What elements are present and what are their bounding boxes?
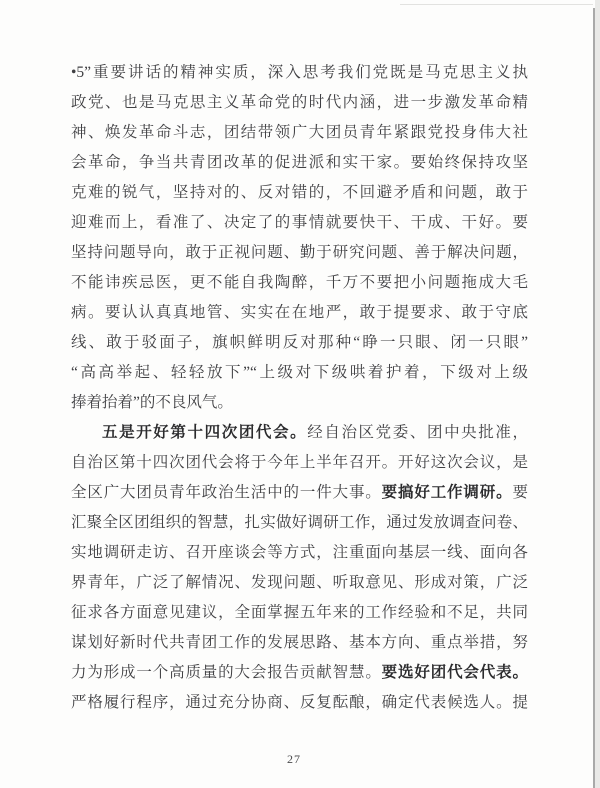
text-segment: 会革命，争当共青团改革的促进派和实干家。要始终保持攻坚 [71,154,528,171]
text-segment: 神、焕发革命斗志，团结带领广大团员青年紧跟党投身伟大社 [71,124,528,141]
text-segment: 捧着抬着”的不良风气。 [71,394,233,411]
scan-edge-strip [595,0,600,788]
text-line: 征求各方面意见建议，全面掌握五年来的工作经验和不足，共同 [71,598,528,628]
text-segment: 谋划好新时代共青团工作的发展思路、基本方向、重点举措，努 [71,634,528,651]
text-segment: 严格履行程序，通过充分协商、反复酝酿，确定代表候选人。提 [71,694,528,711]
text-line: 捧着抬着”的不良风气。 [71,388,528,418]
text-block: •5”重要讲话的精神实质，深入思考我们党既是马克思主义执政党、也是马克思主义革命… [71,58,528,718]
text-line: 实地调研走访、召开座谈会等方式，注重面向基层一线、面向各 [71,538,528,568]
text-line: •5”重要讲话的精神实质，深入思考我们党既是马克思主义执 [71,58,528,88]
text-line: 病。要认认真真地管、实实在在地严，敢于提要求、敢于守底 [71,298,528,328]
text-segment: 不能讳疾忌医，更不能自我陶醉，千万不要把小问题拖成大毛 [71,274,528,291]
text-line: 汇聚全区团组织的智慧，扎实做好调研工作，通过发放调查问卷、 [71,508,528,538]
text-line: 坚持问题导向，敢于正视问题、勤于研究问题、善于解决问题， [71,238,528,268]
text-line: 神、焕发革命斗志，团结带领广大团员青年紧跟党投身伟大社 [71,118,528,148]
text-segment: 全区广大团员青年政治生活中的一件大事。 [71,484,382,501]
page-number: 27 [0,752,588,767]
bold-text-segment: 五是开好第十四次团代会。 [102,424,307,441]
text-segment: 自治区第十四次团代会将于今年上半年召开。开好这次会议，是 [71,454,528,471]
scan-edge-line [593,8,595,788]
text-line: 自治区第十四次团代会将于今年上半年召开。开好这次会议，是 [71,448,528,478]
text-line: 线、敢于驳面子，旗帜鲜明反对那种“睁一只眼、闭一只眼” [71,328,528,358]
text-segment: 实地调研走访、召开座谈会等方式，注重面向基层一线、面向各 [71,544,528,561]
text-segment: 线、敢于驳面子，旗帜鲜明反对那种“睁一只眼、闭一只眼” [71,334,528,351]
text-segment: 力为形成一个高质量的大会报告贡献智慧。 [71,664,382,681]
bold-text-segment: 要选好团代会代表。 [382,664,528,681]
text-line: 迎难而上，看准了、决定了的事情就要快干、干成、干好。要 [71,208,528,238]
text-line: 不能讳疾忌医，更不能自我陶醉，千万不要把小问题拖成大毛 [71,268,528,298]
text-line: 力为形成一个高质量的大会报告贡献智慧。要选好团代会代表。 [71,658,528,688]
text-segment: 要 [512,484,528,501]
text-line: 五是开好第十四次团代会。经自治区党委、团中央批准， [71,418,528,448]
text-segment: 界青年，广泛了解情况、发现问题、听取意见、形成对策，广泛 [71,574,528,591]
text-segment: 克难的锐气，坚持对的、反对错的，不回避矛盾和问题，敢于 [71,184,528,201]
text-segment: 经自治区党委、团中央批准， [307,424,528,441]
text-segment: “高高举起、轻轻放下”“上级对下级哄着护着，下级对上级 [71,364,528,381]
text-segment: 坚持问题导向，敢于正视问题、勤于研究问题、善于解决问题， [71,244,528,261]
text-segment: 政党、也是马克思主义革命党的时代内涵，进一步激发革命精 [71,94,528,111]
text-line: 界青年，广泛了解情况、发现问题、听取意见、形成对策，广泛 [71,568,528,598]
text-line: 全区广大团员青年政治生活中的一件大事。要搞好工作调研。要 [71,478,528,508]
text-line: “高高举起、轻轻放下”“上级对下级哄着护着，下级对上级 [71,358,528,388]
text-line: 谋划好新时代共青团工作的发展思路、基本方向、重点举措，努 [71,628,528,658]
text-segment: 汇聚全区团组织的智慧，扎实做好调研工作，通过发放调查问卷、 [71,514,528,531]
text-segment: 病。要认认真真地管、实实在在地严，敢于提要求、敢于守底 [71,304,528,321]
text-line: 严格履行程序，通过充分协商、反复酝酿，确定代表候选人。提 [71,688,528,718]
text-segment: 迎难而上，看准了、决定了的事情就要快干、干成、干好。要 [71,214,528,231]
text-line: 政党、也是马克思主义革命党的时代内涵，进一步激发革命精 [71,88,528,118]
text-line: 会革命，争当共青团改革的促进派和实干家。要始终保持攻坚 [71,148,528,178]
scan-top-edge [400,4,593,5]
bold-text-segment: 要搞好工作调研。 [382,484,513,501]
document-page: •5”重要讲话的精神实质，深入思考我们党既是马克思主义执政党、也是马克思主义革命… [0,0,600,788]
text-segment: 征求各方面意见建议，全面掌握五年来的工作经验和不足，共同 [71,604,528,621]
text-line: 克难的锐气，坚持对的、反对错的，不回避矛盾和问题，敢于 [71,178,528,208]
text-segment: •5”重要讲话的精神实质，深入思考我们党既是马克思主义执 [71,64,528,81]
